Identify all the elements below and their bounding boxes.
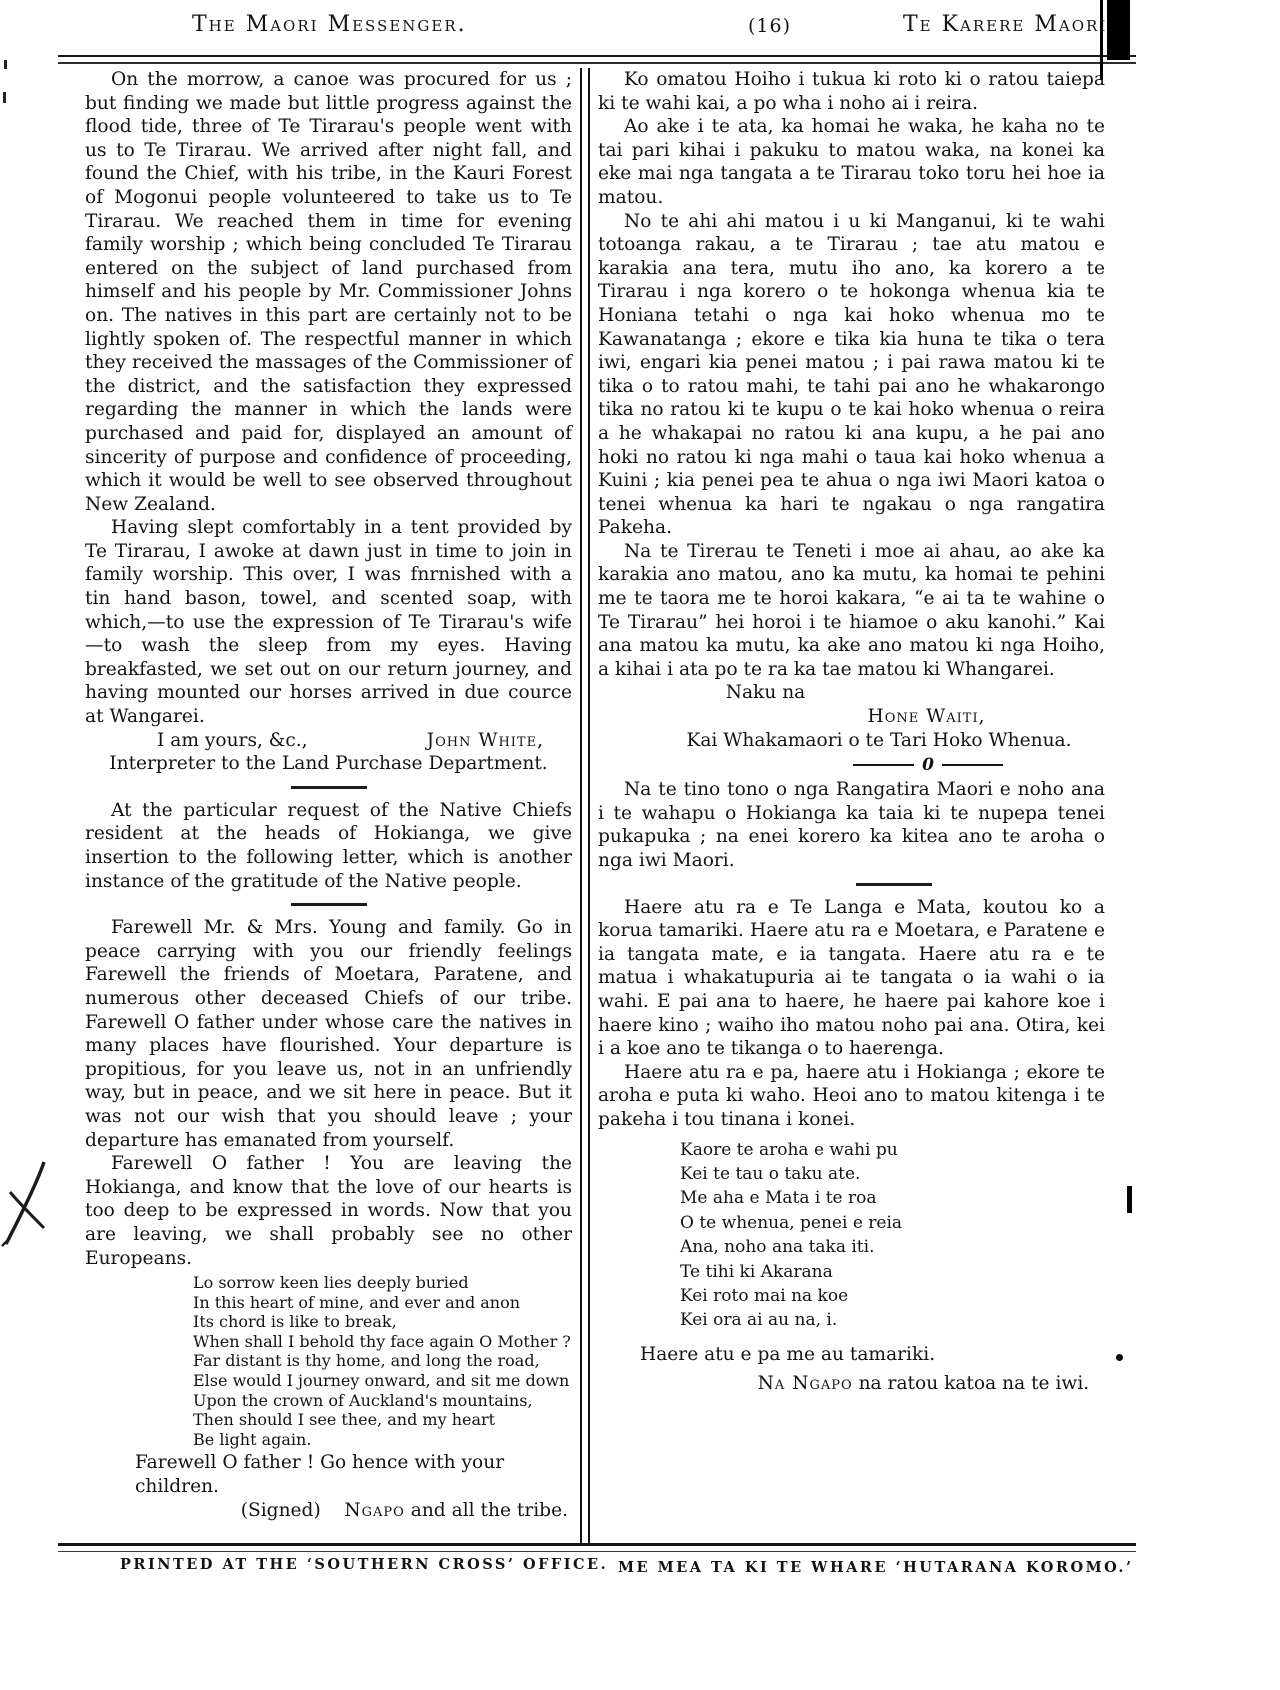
english-poem: Lo sorrow keen lies deeply buried In thi… bbox=[193, 1273, 572, 1449]
english-closing-line: Farewell O father ! Go hence with your c… bbox=[135, 1451, 572, 1498]
maori-signoff-name: Hone Waiti, bbox=[598, 705, 1105, 729]
poem-line: Kei ora ai au na, i. bbox=[680, 1308, 1105, 1332]
poem-line: Then should I see thee, and my heart bbox=[193, 1410, 572, 1430]
signed-rest: and all the tribe. bbox=[405, 1500, 568, 1521]
section-divider bbox=[856, 883, 932, 886]
poem-line: O te whenua, penei e reia bbox=[680, 1211, 1105, 1235]
maori-closing-line: Haere atu e pa me au tamariki. bbox=[640, 1343, 1105, 1367]
maori-paragraph-3: No te ahi ahi matou i u ki Manganui, ki … bbox=[598, 210, 1105, 540]
poem-line: Be light again. bbox=[193, 1430, 572, 1450]
maori-paragraph-1: Ko omatou Hoiho i tukua ki roto ki o rat… bbox=[598, 68, 1105, 115]
maori-paragraph-6: Haere atu ra e Te Langa e Mata, koutou k… bbox=[598, 896, 1105, 1061]
poem-line: When shall I behold thy face again O Mot… bbox=[193, 1332, 572, 1352]
ornament-o: 0 bbox=[922, 758, 934, 772]
maori-paragraph-7: Haere atu ra e pa, haere atu i Hokianga … bbox=[598, 1061, 1105, 1132]
handwritten-x-mark bbox=[0, 1158, 62, 1250]
maori-signoff-intro: Naku na bbox=[598, 681, 1105, 705]
signed-rest: na ratou katoa na te iwi. bbox=[853, 1373, 1090, 1394]
poem-line: In this heart of mine, and ever and anon bbox=[193, 1293, 572, 1313]
poem-line: Far distant is thy home, and long the ro… bbox=[193, 1351, 572, 1371]
english-column: On the morrow, a canoe was procured for … bbox=[85, 68, 572, 1546]
maori-column: Ko omatou Hoiho i tukua ki roto ki o rat… bbox=[598, 68, 1105, 1546]
poem-line: Else would I journey onward, and sit me … bbox=[193, 1371, 572, 1391]
margin-mark-left bbox=[4, 60, 7, 69]
poem-line: Kei roto mai na koe bbox=[680, 1284, 1105, 1308]
maori-signature-line: Na Ngapo na ratou katoa na te iwi. bbox=[598, 1372, 1105, 1396]
column-divider-rule bbox=[580, 68, 590, 1546]
signed-name: Na Ngapo bbox=[758, 1373, 853, 1394]
english-signoff-row: I am yours, &c., John White, bbox=[85, 729, 572, 753]
poem-line: Ana, noho ana taka iti. bbox=[680, 1235, 1105, 1259]
english-paragraph-5: Farewell O father ! You are leaving the … bbox=[85, 1152, 572, 1270]
ornament-bar bbox=[942, 764, 1003, 766]
signoff-valediction: I am yours, &c., bbox=[157, 729, 308, 753]
signed-name: Ngapo bbox=[344, 1500, 404, 1521]
signoff-name: John White, bbox=[427, 729, 544, 753]
poem-line: Upon the crown of Auckland's mountains, bbox=[193, 1391, 572, 1411]
margin-mark-left bbox=[3, 92, 6, 103]
poem-line: Kei te tau o taku ate. bbox=[680, 1162, 1105, 1186]
margin-mark-right bbox=[1127, 1186, 1132, 1213]
poem-line: Kaore te aroha e wahi pu bbox=[680, 1138, 1105, 1162]
ornament-divider: 0 bbox=[853, 758, 1003, 772]
signoff-role: Interpreter to the Land Purchase Departm… bbox=[85, 752, 572, 776]
poem-line: Te tihi ki Akarana bbox=[680, 1260, 1105, 1284]
imprint-english: PRINTED AT THE ‘SOUTHERN CROSS’ OFFICE. bbox=[120, 1556, 608, 1573]
signed-label: (Signed) bbox=[241, 1500, 321, 1521]
maori-paragraph-4: Na te Tirerau te Teneti i moe ai ahau, a… bbox=[598, 540, 1105, 682]
ornament-bar bbox=[853, 764, 914, 766]
scan-ink-bar bbox=[1107, 0, 1130, 60]
english-paragraph-3: At the particular request of the Native … bbox=[85, 799, 572, 893]
poem-line: Me aha e Mata i te roa bbox=[680, 1186, 1105, 1210]
maori-signoff-role: Kai Whakamaori o te Tari Hoko Whenua. bbox=[598, 729, 1105, 753]
page-number: (16) bbox=[748, 15, 791, 37]
scan-ink-line bbox=[1100, 0, 1103, 80]
poem-line: Lo sorrow keen lies deeply buried bbox=[193, 1273, 572, 1293]
page-columns: On the morrow, a canoe was procured for … bbox=[85, 68, 1105, 1546]
imprint-maori: ME MEA TA KI TE WHARE ‘HUTARANA KOROMO.’ bbox=[618, 1559, 1134, 1576]
english-paragraph-4: Farewell Mr. & Mrs. Young and family. Go… bbox=[85, 916, 572, 1152]
footer-rule bbox=[58, 1543, 1136, 1552]
maori-poem: Kaore te aroha e wahi pu Kei te tau o ta… bbox=[680, 1138, 1105, 1333]
poem-line: Its chord is like to break, bbox=[193, 1312, 572, 1332]
english-paragraph-1: On the morrow, a canoe was procured for … bbox=[85, 68, 572, 516]
margin-dot bbox=[1116, 1354, 1123, 1361]
masthead-right-title: Te Karere Maori. bbox=[903, 12, 1116, 37]
masthead-left-title: The Maori Messenger. bbox=[192, 12, 467, 37]
section-divider bbox=[291, 903, 367, 906]
maori-paragraph-2: Ao ake i te ata, ka homai he waka, he ka… bbox=[598, 115, 1105, 209]
english-paragraph-2: Having slept comfortably in a tent provi… bbox=[85, 516, 572, 728]
masthead-rule bbox=[58, 55, 1136, 64]
maori-paragraph-5: Na te tino tono o nga Rangatira Maori e … bbox=[598, 778, 1105, 872]
section-divider bbox=[291, 786, 367, 789]
column-divider bbox=[572, 68, 598, 1546]
english-signature-line: (Signed) Ngapo and all the tribe. bbox=[85, 1499, 572, 1523]
